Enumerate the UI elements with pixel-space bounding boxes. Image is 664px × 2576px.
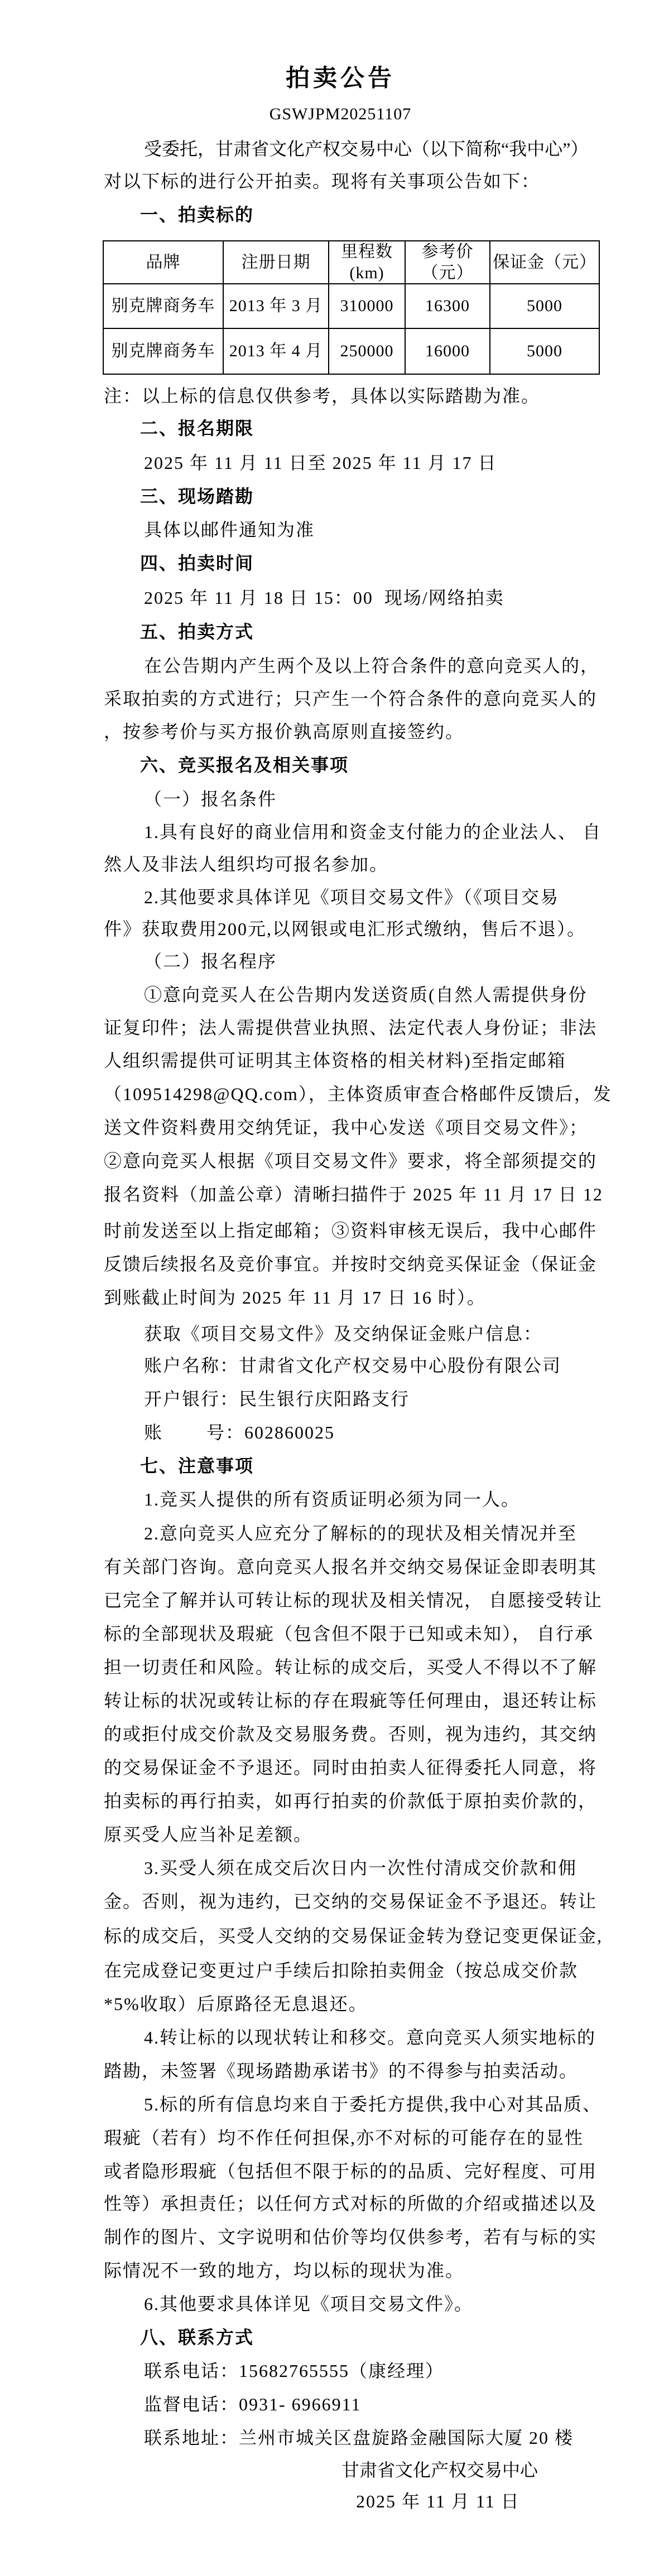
- cell-date: 2013 年 3 月: [223, 284, 329, 328]
- auction-method-line-3: ，按参考价与买方报价孰高原则直接签约。: [104, 718, 464, 743]
- contact-phone: 联系电话：15682765555（康经理）: [144, 2357, 444, 2383]
- cell-mileage: 310000: [329, 284, 405, 328]
- table-header-row: 品牌 注册日期 里程数 (km) 参考价 （元） 保证金（元）: [103, 241, 599, 284]
- auction-lots-table: 品牌 注册日期 里程数 (km) 参考价 （元） 保证金（元） 别克牌商务车 2…: [103, 240, 600, 375]
- table-row: 别克牌商务车 2013 年 4 月 250000 16000 5000: [103, 328, 599, 374]
- condition-line-3: 2.其他要求具体详见《项目交易文件》（《项目交易: [144, 883, 559, 909]
- notice-line-23: 制作的图片、文字说明和估价等均仅供参考，若有与标的实: [104, 2223, 597, 2249]
- account-bank: 开户银行：民生银行庆阳路支行: [144, 1385, 410, 1411]
- notice-line-22: 性等）承担责任；以任何方式对标的所做的介绍或描述以及: [104, 2190, 597, 2215]
- notice-line-14: 标的成交后，买受人交纳的交易保证金转为登记变更保证金,: [104, 1922, 603, 1948]
- subsection-heading-2: （二）报名程序: [144, 947, 277, 973]
- section-heading-5: 五、拍卖方式: [140, 618, 254, 643]
- condition-line-1: 1.具有良好的商业信用和资金支付能力的企业法人、 自: [144, 818, 602, 844]
- procedure-line-9: 反馈后续报名及竞价事宜。并按时交纳竞买保证金（保证金: [104, 1250, 597, 1276]
- column-header-deposit: 保证金（元）: [490, 241, 599, 284]
- notice-line-4: 已完全了解并认可转让标的现状及相关情况， 自愿接受转让: [104, 1586, 603, 1612]
- notice-line-1: 1.竞买人提供的所有资质证明必须为同一人。: [144, 1485, 520, 1511]
- auction-announcement-page: 拍卖公告 GSWJPM20251107 品牌 注册日期 里程数 (km) 参考价…: [0, 0, 664, 2576]
- column-header-mileage: 里程数 (km): [329, 241, 405, 284]
- notice-line-13: 金。否则，视为违约，已交纳的交易保证金不予退还。转让: [104, 1887, 597, 1913]
- cell-deposit: 5000: [490, 284, 599, 328]
- page-title: 拍卖公告: [93, 60, 588, 94]
- procedure-line-3: 人组织需提供可证明其主体资格的相关材料)至指定邮箱: [104, 1047, 566, 1072]
- notice-line-5: 标的全部现状及瑕疵（包含但不限于已知或未知）， 自行承: [104, 1620, 594, 1645]
- notice-line-17: 4.转让标的以现状转让和移交。意向竞买人须实地标的: [144, 2023, 596, 2049]
- notice-line-7: 转让标的状况或转让标的存在瑕疵等任何理由，退还转让标: [104, 1687, 597, 1712]
- notice-line-10: 拍卖标的再行拍卖，如再行拍卖的价款低于原拍卖价款的，: [104, 1787, 597, 1813]
- cell-brand: 别克牌商务车: [103, 328, 223, 374]
- column-header-date: 注册日期: [223, 241, 329, 284]
- cell-price: 16000: [405, 328, 490, 374]
- cell-date: 2013 年 4 月: [223, 328, 329, 374]
- notice-line-6: 担一切责任和风险。转让标的成交后，买受人不得以不了解: [104, 1653, 597, 1679]
- registration-period: 2025 年 11 月 11 日至 2025 年 11 月 17 日: [144, 449, 497, 474]
- notice-line-2: 2.意向竞买人应充分了解标的的现状及相关情况并至: [144, 1519, 577, 1545]
- auction-time: 2025 年 11 月 18 日 15：00 现场/网络拍卖: [144, 584, 504, 609]
- auction-method-line-2: 采取拍卖的方式进行；只产生一个符合条件的意向竞买人的: [104, 685, 597, 710]
- account-number: 账 号：602860025: [144, 1418, 335, 1444]
- contact-address: 联系地址：兰州市城关区盘旋路金融国际大厦 20 楼: [144, 2424, 574, 2449]
- section-heading-3: 三、现场踏勘: [140, 482, 254, 508]
- column-header-brand: 品牌: [103, 241, 223, 284]
- notice-line-21: 或者隐形瑕疵（包括但不限于标的的品质、完好程度、可用: [104, 2157, 597, 2183]
- notice-line-11: 原买受人应当补足差额。: [104, 1820, 312, 1846]
- table-row: 别克牌商务车 2013 年 3 月 310000 16300 5000: [103, 284, 599, 328]
- section-heading-4: 四、拍卖时间: [140, 549, 254, 575]
- table-note: 注：以上标的信息仅供参考，具体以实际踏勘为准。: [104, 382, 540, 408]
- column-header-price: 参考价 （元）: [405, 241, 490, 284]
- notice-line-8: 的或拒付成交价款及交易服务费。否则，视为违约，其交纳: [104, 1720, 597, 1746]
- notice-line-9: 的交易保证金不予退还。同时由拍卖人征得委托人同意，将: [104, 1754, 597, 1779]
- section-heading-7: 七、注意事项: [140, 1452, 254, 1478]
- condition-line-2: 然人及非法人组织均可报名参加。: [104, 850, 388, 876]
- section-heading-6: 六、竞买报名及相关事项: [140, 751, 349, 777]
- condition-line-4: 件》获取费用200元,以网银或电汇形式缴纳，售后不退）。: [104, 915, 586, 941]
- notice-line-24: 际情况不一致的地方，均以标的现状为准。: [104, 2257, 464, 2282]
- intro-line-2: 对以下标的进行公开拍卖。现将有关事项公告如下：: [104, 167, 540, 193]
- notice-line-25: 6.其他要求具体详见《项目交易文件》。: [144, 2290, 473, 2316]
- section-heading-1: 一、拍卖标的: [140, 201, 254, 226]
- site-visit-note: 具体以邮件通知为准: [144, 516, 315, 541]
- section-heading-8: 八、联系方式: [140, 2323, 254, 2349]
- procedure-line-7: 报名资料（加盖公章）清晰扫描件于 2025 年 11 月 17 日 12: [104, 1180, 603, 1206]
- procedure-line-6: ②意向竞买人根据《项目交易文件》要求，将全部须提交的: [104, 1147, 597, 1173]
- notice-line-16: *5%收取）后原路径无息退还。: [104, 1990, 368, 2016]
- procedure-line-8: 时前发送至以上指定邮箱；③资料审核无误后，我中心邮件: [104, 1217, 597, 1242]
- signature-date: 2025 年 11 月 11 日: [356, 2487, 520, 2513]
- procedure-line-5: 送文件资料费用交纳凭证，我中心发送《项目交易文件》；: [104, 1113, 588, 1139]
- project-code: GSWJPM20251107: [93, 105, 588, 124]
- auction-method-line-1: 在公告期内产生两个及以上符合条件的意向竞买人的，: [144, 652, 599, 677]
- notice-line-12: 3.买受人须在成交后次日内一次性付清成交价款和佣: [144, 1854, 577, 1880]
- cell-mileage: 250000: [329, 328, 405, 374]
- cell-brand: 别克牌商务车: [103, 284, 223, 328]
- intro-line-1: 受委托，甘肃省文化产权交易中心（以下简称“我中心”）: [144, 135, 588, 161]
- notice-line-20: 瑕疵（若有）均不作任何担保,亦不对标的可能存在的显性: [104, 2124, 584, 2149]
- procedure-line-2: 证复印件；法人需提供营业执照、法定代表人身份证；非法: [104, 1014, 597, 1039]
- notice-line-3: 有关部门咨询。意向竞买人报名并交纳交易保证金即表明其: [104, 1553, 597, 1578]
- supervision-phone: 监督电话：0931- 6966911: [144, 2390, 361, 2416]
- procedure-line-10: 到账截止时间为 2025 年 11 月 17 日 16 时）。: [104, 1284, 486, 1309]
- cell-deposit: 5000: [490, 328, 599, 374]
- notice-line-15: 在完成登记变更过户手续后扣除拍卖佣金（按总成交价款: [104, 1957, 578, 1982]
- procedure-line-1: ①意向竞买人在公告期内发送资质(自然人需提供身份: [144, 981, 588, 1006]
- cell-price: 16300: [405, 284, 490, 328]
- notice-line-19: 5.标的所有信息均来自于委托方提供,我中心对其品质、: [144, 2090, 602, 2116]
- subsection-heading-1: （一）报名条件: [144, 785, 277, 811]
- procedure-line-4: （109514298@QQ.com），主体资质审查合格邮件反馈后，发: [104, 1080, 612, 1106]
- account-name: 账户名称：甘肃省文化产权交易中心股份有限公司: [144, 1352, 561, 1377]
- signature-org: 甘肃省文化产权交易中心: [341, 2456, 538, 2482]
- section-heading-2: 二、报名期限: [140, 414, 254, 440]
- account-intro: 获取《项目交易文件》及交纳保证金账户信息：: [144, 1320, 542, 1345]
- notice-line-18: 踏勘，未签署《现场踏勘承诺书》的不得参与拍卖活动。: [104, 2057, 578, 2083]
